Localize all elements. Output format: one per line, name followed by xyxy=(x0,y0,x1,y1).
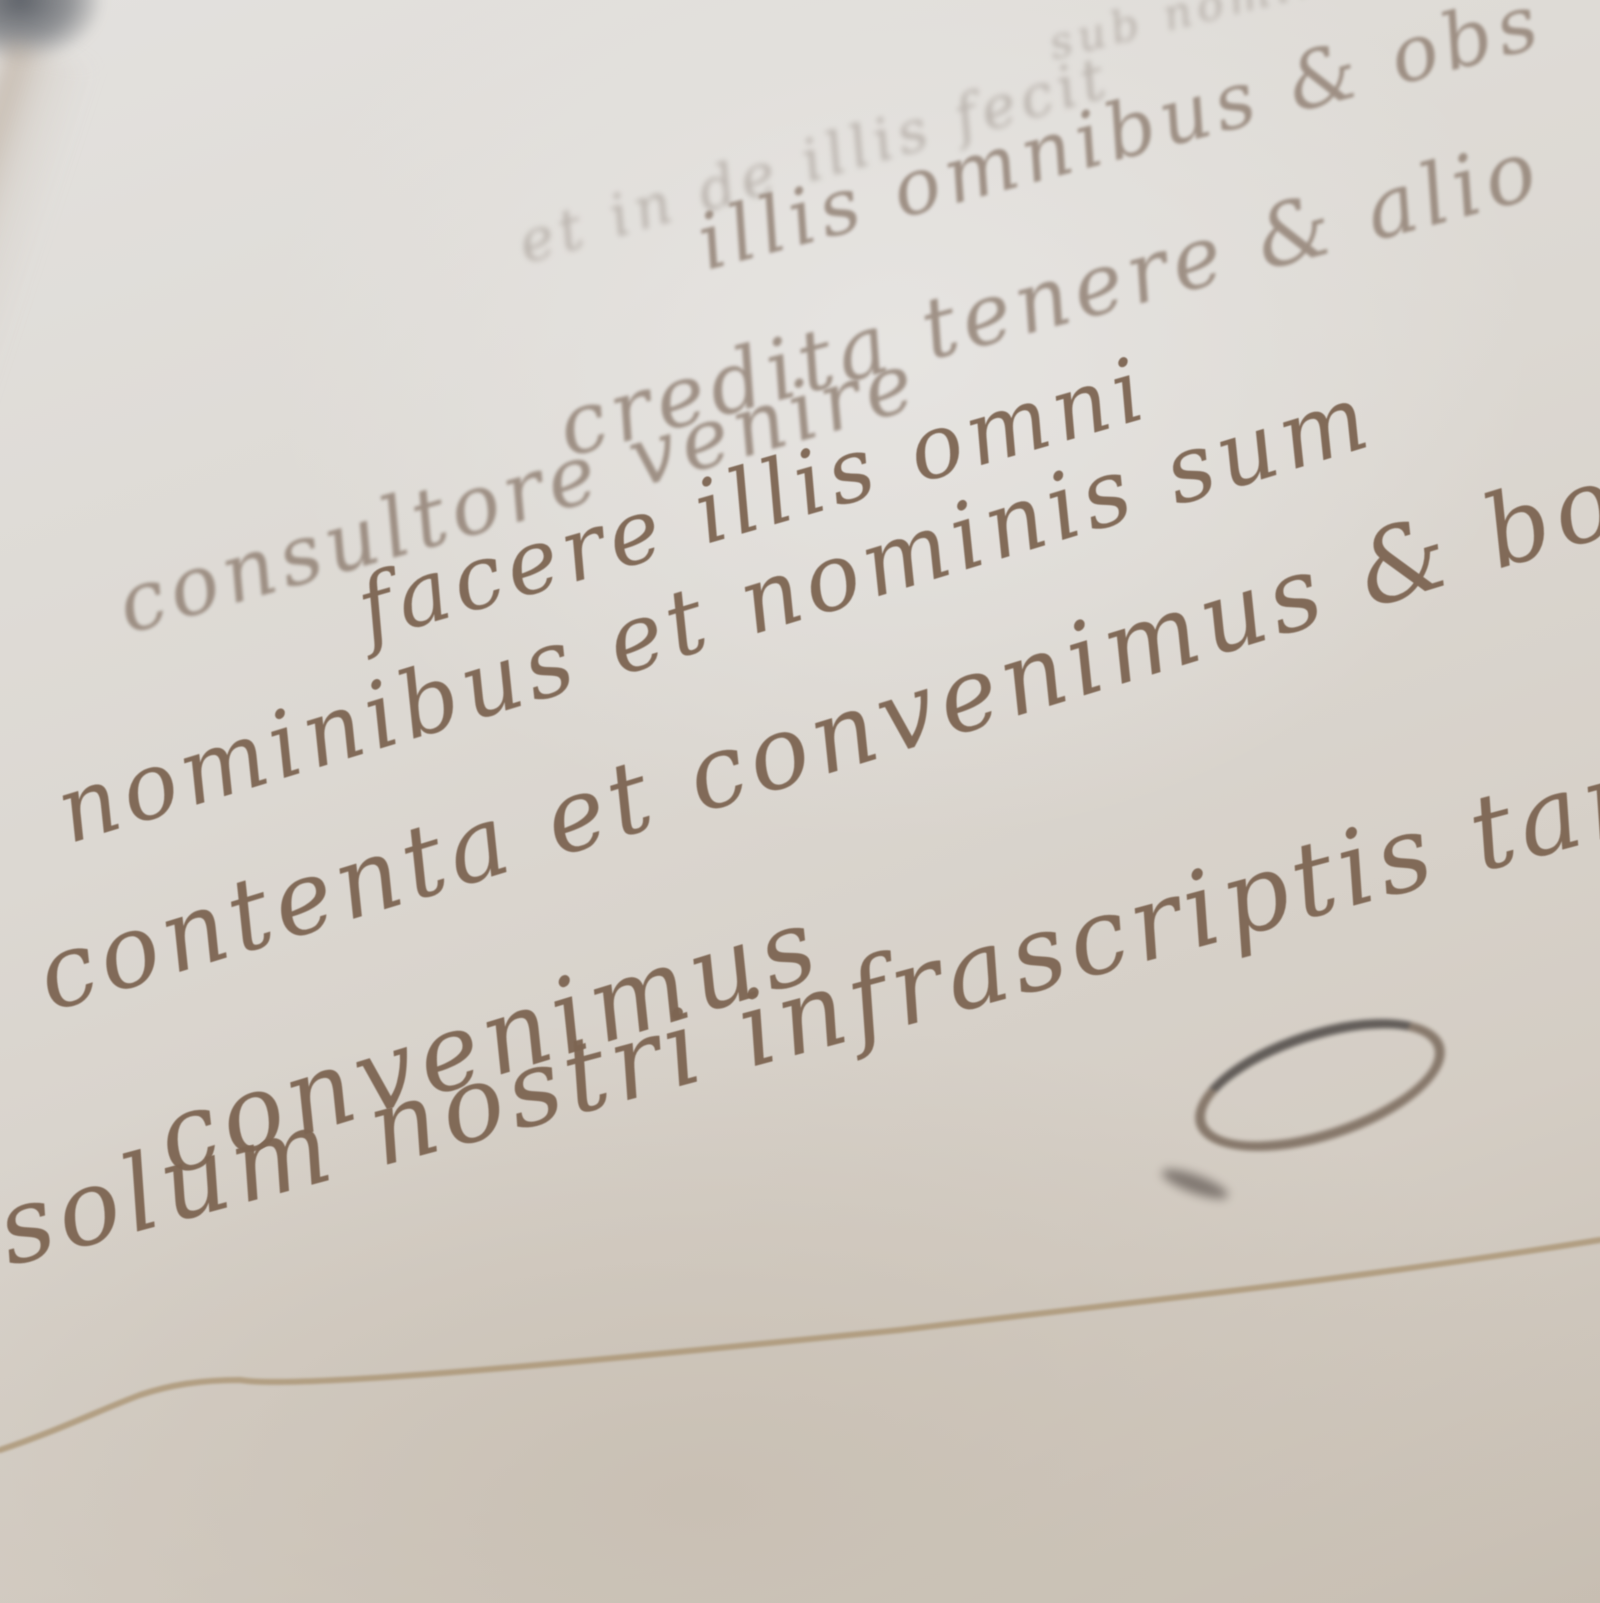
handwritten-text-block: sub nomine et pro parte et in de illis f… xyxy=(0,0,1600,1603)
manuscript-photo: sub nomine et pro parte et in de illis f… xyxy=(0,0,1600,1603)
